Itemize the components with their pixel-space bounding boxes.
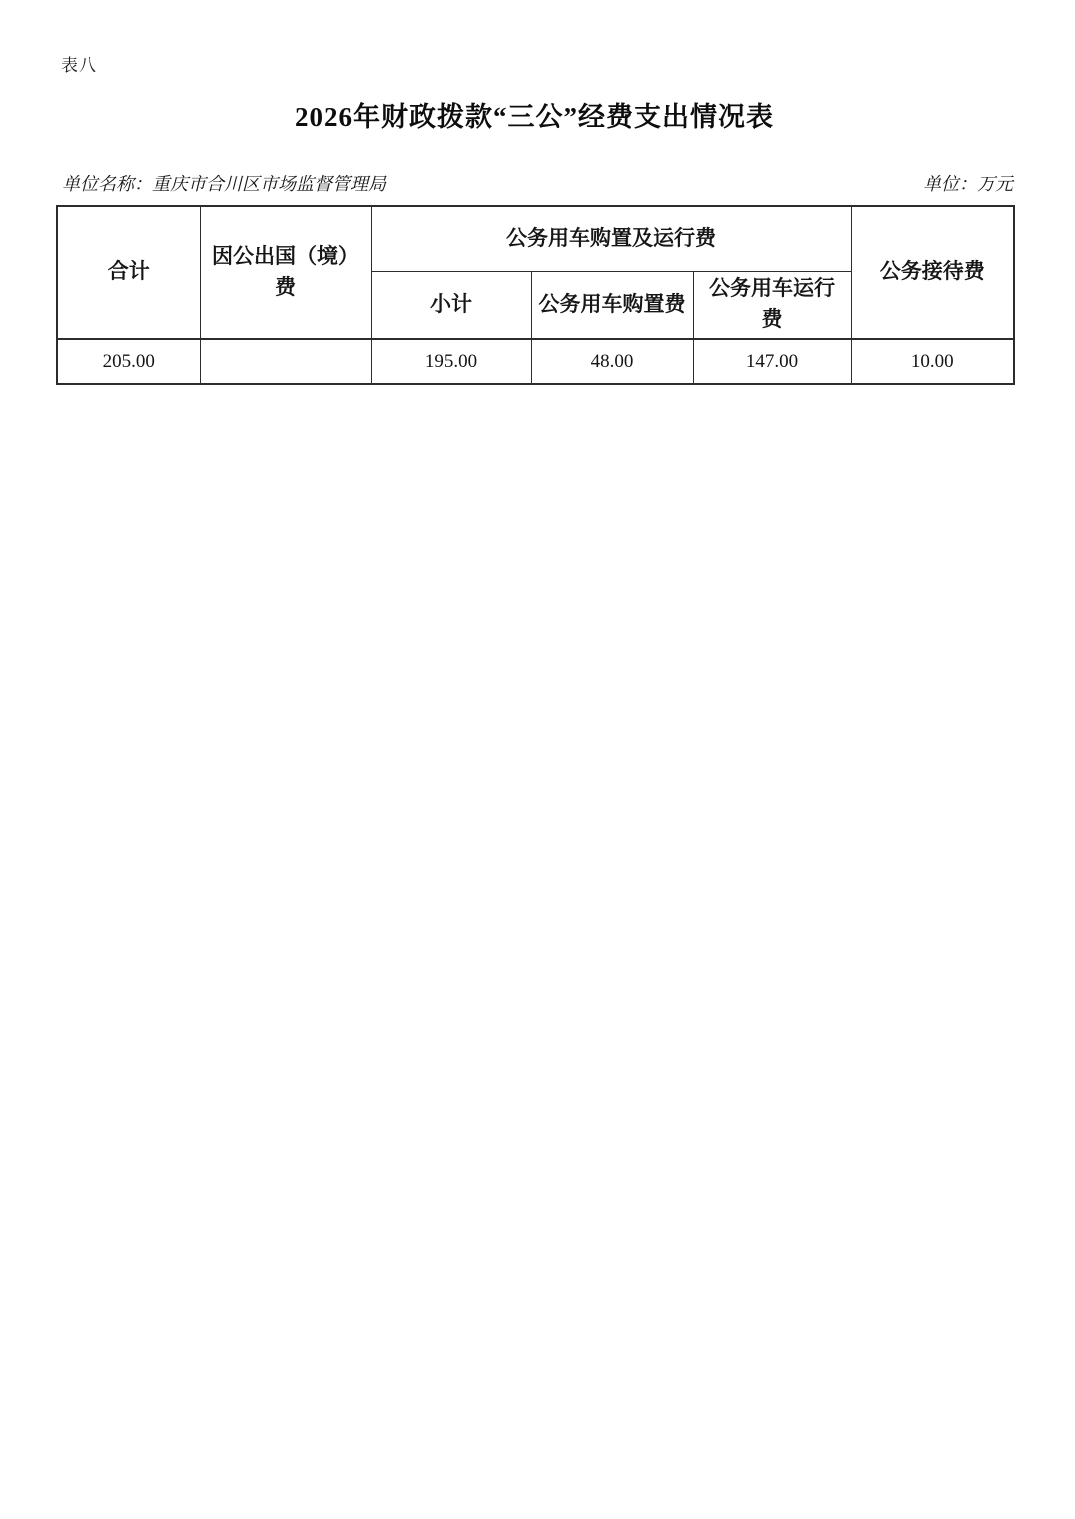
page-title: 2026年财政拨款“三公”经费支出情况表 — [56, 98, 1013, 136]
value-vehicle-subtotal: 195.00 — [371, 339, 531, 384]
unit-label: 单位：万元 — [923, 170, 1013, 196]
header-reception-fee: 公务接待费 — [851, 206, 1014, 339]
value-reception-fee: 10.00 — [851, 339, 1014, 384]
header-vehicle-operation-fee-label: 公务用车运行费 — [707, 274, 837, 335]
unit-name-label: 单位名称：重庆市合川区市场监督管理局 — [62, 170, 386, 196]
data-row: 205.00 195.00 48.00 147.00 10.00 — [57, 339, 1014, 384]
value-abroad-fee — [200, 339, 371, 384]
expenses-table: 合计 因公出国（境）费 公务用车购置及运行费 公务接待费 小计 公务用车购置费 … — [56, 205, 1015, 385]
header-vehicle-operation-fee: 公务用车运行费 — [693, 271, 851, 339]
header-vehicle-purchase-fee: 公务用车购置费 — [531, 271, 693, 339]
header-vehicle-subtotal: 小计 — [371, 271, 531, 339]
value-vehicle-operation-fee: 147.00 — [693, 339, 851, 384]
header-abroad-fee-label: 因公出国（境）费 — [209, 242, 363, 303]
value-total: 205.00 — [57, 339, 200, 384]
header-vehicle-group: 公务用车购置及运行费 — [371, 206, 851, 271]
table-meta-row: 单位名称：重庆市合川区市场监督管理局 单位：万元 — [62, 170, 1013, 196]
document-page: 表八 2026年财政拨款“三公”经费支出情况表 单位名称：重庆市合川区市场监督管… — [0, 0, 1075, 1519]
sheet-label: 表八 — [61, 51, 97, 76]
header-abroad-fee: 因公出国（境）费 — [200, 206, 371, 339]
header-total: 合计 — [57, 206, 200, 339]
header-row-1: 合计 因公出国（境）费 公务用车购置及运行费 公务接待费 — [57, 206, 1014, 271]
value-vehicle-purchase-fee: 48.00 — [531, 339, 693, 384]
